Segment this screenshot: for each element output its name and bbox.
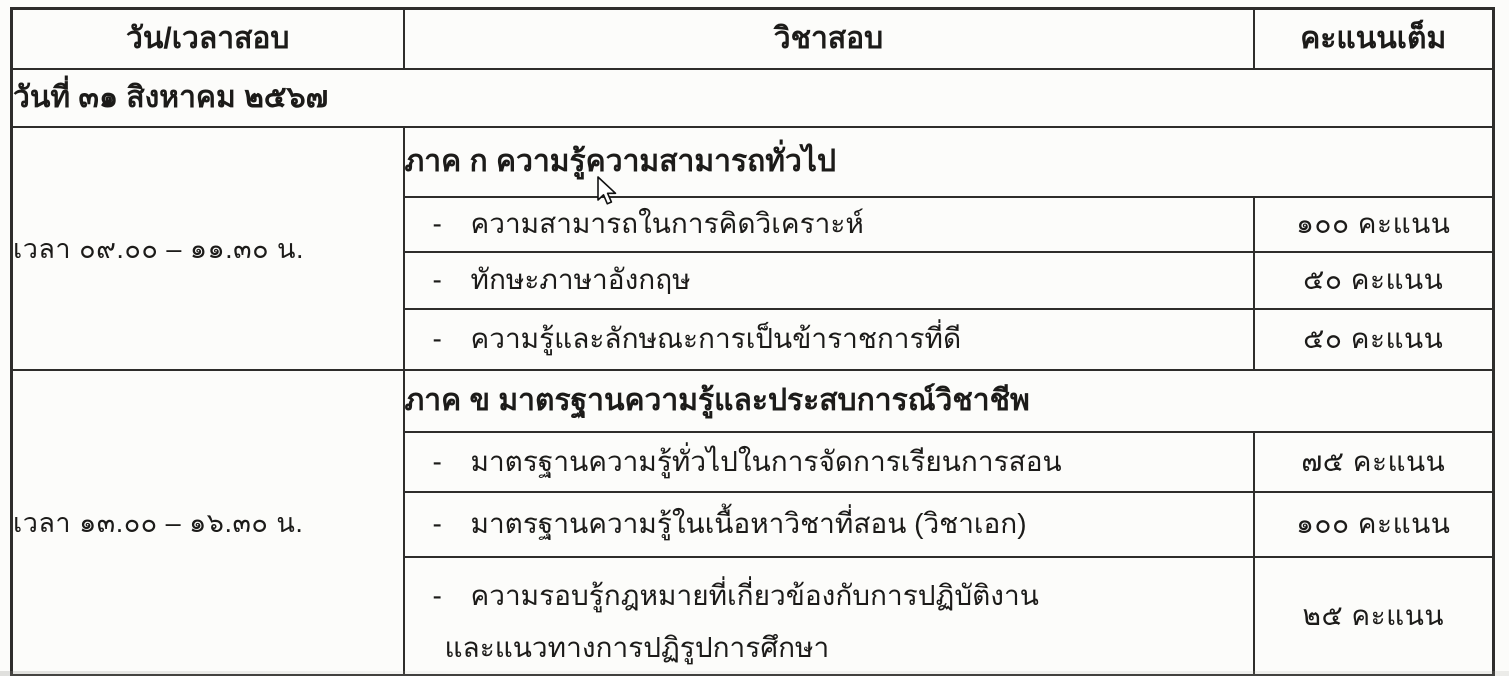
header-cell-score: คะแนนเต็ม xyxy=(1254,9,1494,69)
bullet-dash: - xyxy=(433,208,447,240)
score-cell: ๕๐ คะแนน xyxy=(1254,252,1494,309)
bullet-dash: - xyxy=(433,570,447,622)
score-cell: ๕๐ คะแนน xyxy=(1254,309,1494,370)
score-cell: ๗๕ คะแนน xyxy=(1254,432,1494,492)
bullet-dash: - xyxy=(433,508,447,540)
subject-item: - ความสามารถในการคิดวิเคราะห์ xyxy=(404,197,1254,252)
date-row: วันที่ ๓๑ สิงหาคม ๒๕๖๗ xyxy=(12,69,1494,127)
date-row-label: วันที่ ๓๑ สิงหาคม ๒๕๖๗ xyxy=(12,69,1494,127)
score-cell: ๒๕ คะแนน xyxy=(1254,557,1494,676)
bullet-dash: - xyxy=(433,323,447,355)
exam-schedule-table: วัน/เวลาสอบ วิชาสอบ คะแนนเต็ม วันที่ ๓๑ … xyxy=(10,7,1495,676)
subject-item: - มาตรฐานความรู้ทั่วไปในการจัดการเรียนกา… xyxy=(404,432,1254,492)
section-b-row: เวลา ๑๓.๐๐ – ๑๖.๓๐ น. ภาค ข มาตรฐานความร… xyxy=(12,370,1494,432)
bullet-dash: - xyxy=(433,446,447,478)
subject-item: - มาตรฐานความรู้ในเนื้อหาวิชาที่สอน (วิช… xyxy=(404,492,1254,557)
header-cell-subject: วิชาสอบ xyxy=(404,9,1254,69)
subject-item: - ทักษะภาษาอังกฤษ xyxy=(404,252,1254,309)
subject-item-label: มาตรฐานความรู้ในเนื้อหาวิชาที่สอน (วิชาเ… xyxy=(471,502,1027,546)
scan-artifact xyxy=(0,671,1509,676)
subject-item: - ความรอบรู้กฎหมายที่เกี่ยวข้องกับการปฏิ… xyxy=(404,557,1254,676)
subject-item-label: ความรู้และลักษณะการเป็นข้าราชการที่ดี xyxy=(471,317,962,361)
subject-item-label: ทักษะภาษาอังกฤษ xyxy=(471,258,691,302)
subject-item-label: มาตรฐานความรู้ทั่วไปในการจัดการเรียนการส… xyxy=(471,440,1062,484)
subject-item-label: ความสามารถในการคิดวิเคราะห์ xyxy=(471,202,864,246)
section-a-title: ภาค ก ความรู้ความสามารถทั่วไป xyxy=(404,127,1494,197)
score-cell: ๑๐๐ คะแนน xyxy=(1254,492,1494,557)
section-b-title: ภาค ข มาตรฐานความรู้และประสบการณ์วิชาชีพ xyxy=(404,370,1494,432)
session2-time: เวลา ๑๓.๐๐ – ๑๖.๓๐ น. xyxy=(12,370,404,676)
scanned-document-page: วัน/เวลาสอบ วิชาสอบ คะแนนเต็ม วันที่ ๓๑ … xyxy=(0,0,1509,676)
header-cell-datetime: วัน/เวลาสอบ xyxy=(12,9,404,69)
table-header-row: วัน/เวลาสอบ วิชาสอบ คะแนนเต็ม xyxy=(12,9,1494,69)
bullet-dash: - xyxy=(433,264,447,296)
subject-item-label-line2: และแนวทางการปฏิรูปการศึกษา xyxy=(445,622,1253,674)
session1-time: เวลา ๐๙.๐๐ – ๑๑.๓๐ น. xyxy=(12,127,404,370)
section-a-row: เวลา ๐๙.๐๐ – ๑๑.๓๐ น. ภาค ก ความรู้ความส… xyxy=(12,127,1494,197)
subject-item: - ความรู้และลักษณะการเป็นข้าราชการที่ดี xyxy=(404,309,1254,370)
score-cell: ๑๐๐ คะแนน xyxy=(1254,197,1494,252)
subject-item-label: ความรอบรู้กฎหมายที่เกี่ยวข้องกับการปฏิบั… xyxy=(471,570,1039,622)
